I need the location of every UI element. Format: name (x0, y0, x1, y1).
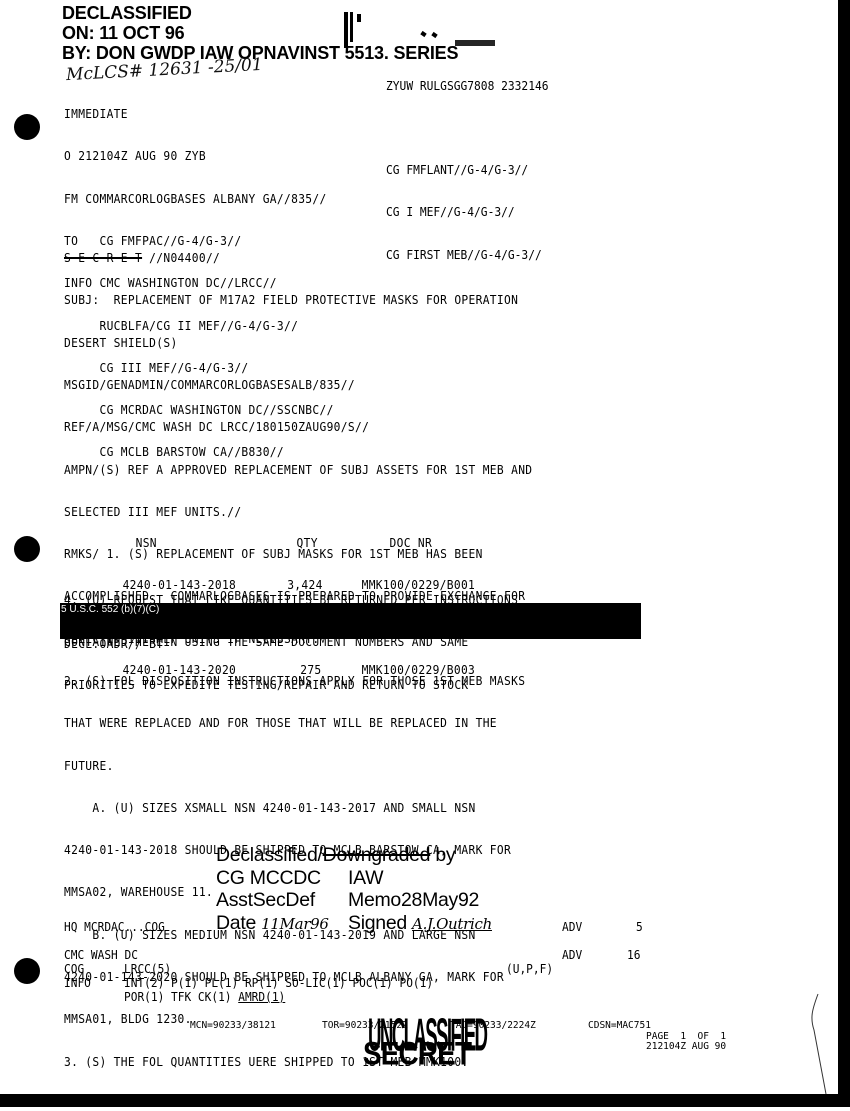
cog-value: LRCC(5) (124, 962, 171, 976)
stamp-authority: CG MCCDC (216, 867, 321, 889)
info-line: CG I MEF//G-4/G-3// (386, 205, 542, 219)
decl-line: DECL:OADR// BT (64, 637, 163, 651)
info-label: INFO (64, 976, 91, 990)
from-line: FM COMMARCORLOGBASES ALBANY GA//835// (64, 192, 334, 206)
stamp-text: IAW (348, 867, 383, 890)
secret-stamp: SECRET (363, 1036, 471, 1073)
scan-artifact-mark (350, 12, 353, 42)
info-distribution: INT(2) P(1) PL(1) RP(1) SO-LIC(1) POC(1)… (124, 976, 433, 990)
redaction-exemption-label: 5 U.S.C. 552 (b)(7)(C) (61, 604, 159, 615)
punch-hole-middle (14, 536, 40, 562)
stamp-signed-label: Signed (348, 912, 407, 934)
document-page: DECLASSIFIED ON: 11 OCT 96 BY: DON GWDP … (0, 0, 850, 1111)
mcn: MCN=90233/38121 (190, 1021, 276, 1031)
stamp-row: Declassified/Downgraded by (216, 844, 455, 867)
declassification-stamp: Declassified/Downgraded by CG MCCDCIAW A… (216, 844, 455, 934)
cdsn: CDSN=MAC751 (588, 1021, 651, 1031)
header-doc-nr: DOC NR (390, 536, 433, 550)
stamp-memo: Memo28May92 (348, 889, 479, 912)
classification-suffix: //N04400// (142, 251, 220, 265)
punch-hole-bottom (14, 958, 40, 984)
dtg-line: O 212104Z AUG 90 ZYB (64, 149, 334, 163)
punch-hole-top (14, 114, 40, 140)
footer-dtg: 212104Z AUG 90 (646, 1042, 726, 1052)
adv-count: 16 (627, 948, 640, 962)
cog-label: COG (64, 962, 84, 976)
stamp-text: by (430, 844, 455, 866)
body-line: PRIORITIES TO EXPEDITE TESTING/REPAIR AN… (64, 678, 518, 692)
declassified-label: DECLASSIFIED (62, 3, 458, 23)
adv-label: ADV (562, 948, 582, 962)
scan-curve-mark (790, 990, 830, 1100)
declassified-date: ON: 11 OCT 96 (62, 23, 458, 43)
stamp-date-handwritten: 11Mar96 (261, 915, 329, 933)
stamp-text: AsstSecDef (216, 889, 315, 911)
header-nsn: NSN (136, 536, 157, 550)
stamp-row: CG MCCDCIAW (216, 867, 455, 890)
info-distribution-text: POR(1) TFK CK(1) (124, 990, 238, 1004)
stamp-row: Date 11Mar96Signed A.J.Outrich (216, 912, 455, 935)
distribution-hq: HQ MCRDAC...COG (64, 920, 165, 934)
msgid-line: MSGID/GENADMIN/COMMARCORLOGBASESALB/835/… (64, 378, 532, 392)
body-line: DESERT SHIELD(S) (64, 336, 532, 350)
subject-line: SUBJ: REPLACEMENT OF M17A2 FIELD PROTECT… (64, 293, 532, 307)
scan-border-right (838, 0, 850, 1098)
struck-classification: S E C R E T (64, 251, 142, 265)
stamp-text: Declassified/ (216, 844, 323, 866)
info-distribution: POR(1) TFK CK(1) AMRD(1) (124, 990, 285, 1004)
body-line: SELECTED III MEF UNITS.// (64, 505, 532, 519)
info-line: CG FMFLANT//G-4/G-3// (386, 163, 542, 177)
body-line: FUTURE. (64, 759, 532, 773)
classification-line: S E C R E T //N04400// (64, 251, 532, 265)
distribution-cmc: CMC WASH DC (64, 948, 138, 962)
header-qty: QTY (297, 536, 318, 550)
stamp-struck-text: Downgraded (323, 844, 431, 866)
precedence: IMMEDIATE (64, 107, 334, 121)
scan-artifact-mark (455, 40, 495, 46)
signature: A.J.Outrich (412, 915, 492, 933)
ampn-line: AMPN/(S) REF A APPROVED REPLACEMENT OF S… (64, 463, 532, 477)
routing-indicator: ZYUW RULGSGG7808 2332146 (386, 79, 549, 93)
stamp-date-label: Date (216, 912, 256, 934)
adv-count: 5 (636, 920, 643, 934)
info-distribution-underlined: AMRD(1) (238, 990, 285, 1004)
table-header: NSNQTYDOC NR (64, 536, 92, 550)
stamp-row: AsstSecDefMemo28May92 (216, 889, 455, 912)
scan-artifact-mark (357, 14, 361, 22)
body-line: A. (U) SIZES XSMALL NSN 4240-01-143-2017… (64, 801, 532, 815)
adv-label: ADV (562, 920, 582, 934)
ref-line: REF/A/MSG/CMC WASH DC LRCC/180150ZAUG90/… (64, 420, 532, 434)
cog-flags: (U,P,F) (506, 962, 553, 976)
scan-artifact-mark (344, 12, 348, 48)
